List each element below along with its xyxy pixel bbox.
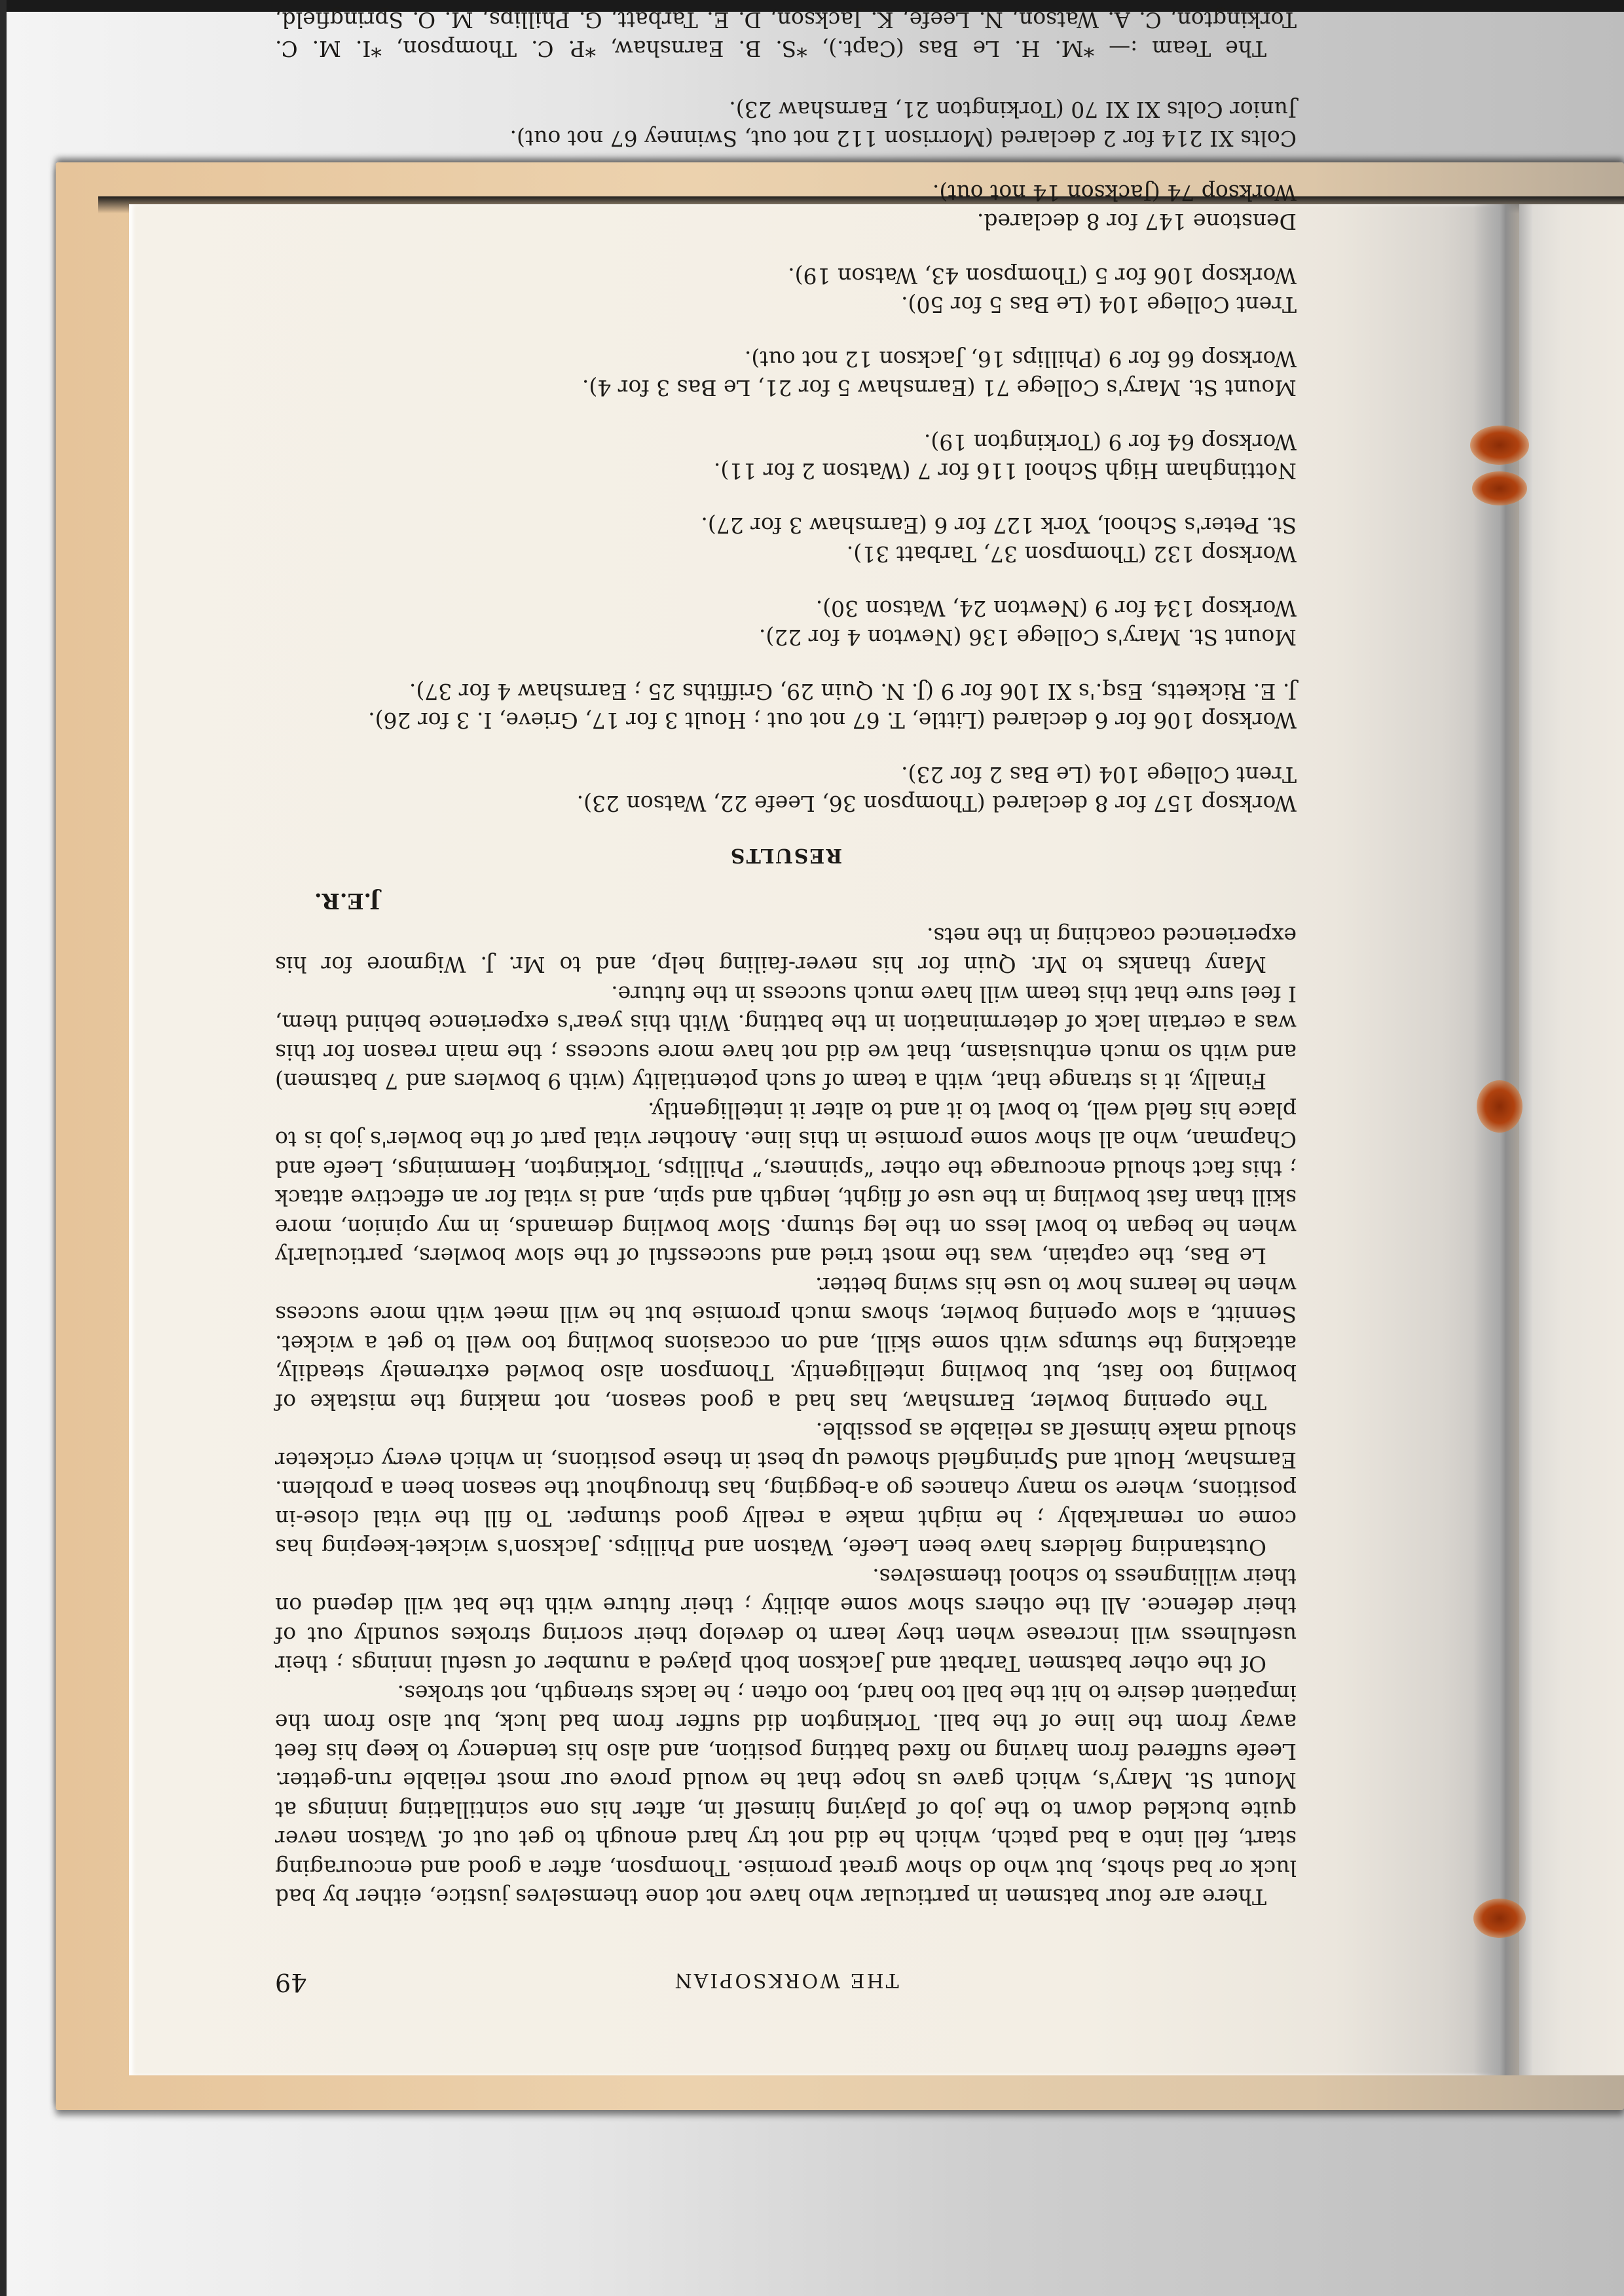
- innings-line: Worksop 64 for 9 (Torkington 19).: [275, 428, 1297, 457]
- match-result: Trent College 104 (Le Bas 5 for 50). Wor…: [275, 261, 1297, 319]
- team-label: The Team :—: [1109, 37, 1266, 62]
- innings-line: Worksop 132 (Thompson 37, Tarbatt 31).: [275, 539, 1297, 569]
- paragraph-opening-bowlers: The opening bowler, Earnshaw, has had a …: [275, 1271, 1297, 1417]
- match-result: Colts XI 214 for 2 declared (Morrison 11…: [275, 95, 1297, 153]
- results-heading: RESULTS: [275, 841, 1297, 870]
- team-list: The Team :— *M. H. Le Bas (Capt.), *S. B…: [275, 0, 1297, 64]
- innings-line: Worksop 106 for 6 declared (Little, T. 6…: [275, 706, 1297, 735]
- running-head: THE WORKSOPIAN 49: [275, 1965, 1297, 1997]
- match-result: Worksop 106 for 6 declared (Little, T. 6…: [275, 677, 1297, 735]
- paragraph-thanks: Many thanks to Mr. Quin for his never-fa…: [275, 921, 1297, 979]
- publication-title: THE WORKSOPIAN: [347, 1965, 1297, 1995]
- innings-line: Nottingham High School 116 for 7 (Watson…: [275, 456, 1297, 486]
- innings-line: Worksop 66 for 9 (Phillips 16, Jackson 1…: [275, 344, 1297, 374]
- match-result: Mount St. Mary's College 136 (Newton 4 f…: [275, 594, 1297, 652]
- rust-stain-staple-4: [1473, 1899, 1526, 1938]
- page-text-upside-down: THE WORKSOPIAN 49 There are four batsmen…: [275, 452, 1297, 1997]
- innings-line: Worksop 106 for 5 (Thompson 43, Watson 1…: [275, 261, 1297, 291]
- innings-line: Denstone 147 for 8 declared.: [275, 207, 1297, 236]
- innings-line: Junior Colts XI XI 70 (Torkington 21, Ea…: [275, 95, 1297, 124]
- innings-line: St. Peter's School, York 127 for 6 (Earn…: [275, 511, 1297, 540]
- innings-line: Worksop 157 for 8 declared (Thompson 36,…: [275, 789, 1297, 818]
- paragraph-fielding: Outstanding fielders have been Leefe, Wa…: [275, 1416, 1297, 1562]
- paragraph-finally: Finally, it is strange that, with a team…: [275, 979, 1297, 1096]
- adjacent-page-edge: [1519, 204, 1624, 2075]
- innings-line: Worksop 74 (Jackson 14 not out).: [275, 178, 1297, 208]
- match-result: Worksop 132 (Thompson 37, Tarbatt 31). S…: [275, 511, 1297, 569]
- innings-line: Mount St. Mary's College 71 (Earnshaw 5 …: [275, 373, 1297, 403]
- scanner-left-edge: [0, 0, 7, 2296]
- paragraph-other-batsmen: Of the other batsmen Tarbatt and Jackson…: [275, 1562, 1297, 1679]
- innings-line: Colts XI 214 for 2 declared (Morrison 11…: [275, 124, 1297, 153]
- innings-line: Trent College 104 (Le Bas 2 for 23).: [275, 760, 1297, 790]
- innings-line: Trent College 104 (Le Bas 5 for 50).: [275, 290, 1297, 319]
- rust-stain-staple-1: [1470, 426, 1529, 465]
- match-result: Nottingham High School 116 for 7 (Watson…: [275, 428, 1297, 486]
- innings-line: J. E. Ricketts, Esq.'s XI 106 for 9 (J. …: [275, 677, 1297, 706]
- match-result: Mount St. Mary's College 71 (Earnshaw 5 …: [275, 344, 1297, 403]
- author-signature: J.E.R.: [275, 886, 1297, 916]
- paragraph-batsmen: There are four batsmen in particular who…: [275, 1679, 1297, 1912]
- innings-line: Worksop 134 for 9 (Newton 24, Watson 30)…: [275, 594, 1297, 623]
- rust-stain-staple-3: [1477, 1080, 1522, 1133]
- page-number: 49: [275, 1968, 347, 1997]
- match-result: Denstone 147 for 8 declared. Worksop 74 …: [275, 178, 1297, 236]
- innings-line: Mount St. Mary's College 136 (Newton 4 f…: [275, 623, 1297, 652]
- match-result: Worksop 157 for 8 declared (Thompson 36,…: [275, 760, 1297, 818]
- rust-stain-staple-2: [1472, 471, 1527, 505]
- paragraph-slow-bowlers: Le Bas, the captain, was the most tried …: [275, 1096, 1297, 1271]
